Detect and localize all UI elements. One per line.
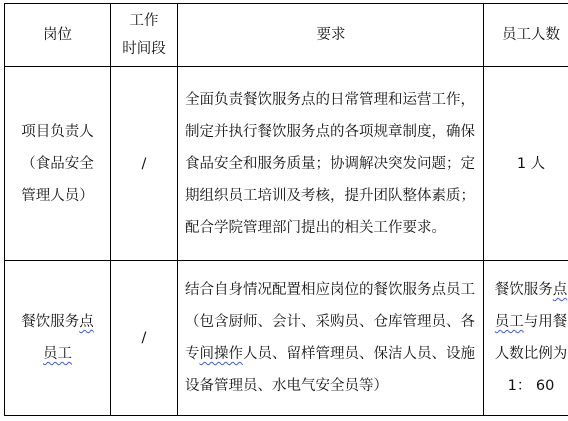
position-line: 项目负责人: [5, 116, 110, 148]
spellcheck-squiggle-text: 点: [79, 314, 94, 330]
table-row: 项目负责人 （食品安全 管理人员） / 全面负责餐饮服务点的日常管理和运营工作，…: [5, 67, 568, 261]
headcount-line: 人数比例为: [484, 338, 568, 370]
cell-requirements: 全面负责餐饮服务点的日常管理和运营工作，制定并执行餐饮服务点的各项规章制度，确保…: [178, 67, 484, 261]
headcount-text: 与用餐: [524, 314, 568, 330]
cell-position: 项目负责人 （食品安全 管理人员）: [5, 67, 111, 261]
spellcheck-squiggle-text: 间操作: [200, 346, 244, 362]
table-header-row: 岗位 工作 时间段 要求 员工人数: [5, 4, 568, 67]
cell-work-period: /: [111, 67, 178, 261]
position-text: 餐饮服务: [21, 314, 79, 330]
headcount-line: 员工与用餐: [484, 306, 568, 338]
spellcheck-squiggle-text: 员工: [43, 346, 72, 362]
headcount-text: 餐饮服务: [495, 282, 553, 298]
spellcheck-squiggle-text: 员工: [495, 314, 524, 330]
table-row: 餐饮服务点 员工 / 结合自身情况配置相应岗位的餐饮服务点员工（包含厨师、会计、…: [5, 261, 568, 416]
headcount-line: 餐饮服务点: [484, 274, 568, 306]
position-line: （食品安全: [5, 148, 110, 180]
position-line: 员工: [5, 338, 110, 370]
staffing-table: 岗位 工作 时间段 要求 员工人数 项目负责人 （食品安全 管理人员） / 全面…: [4, 3, 568, 416]
header-work-period: 工作 时间段: [111, 4, 178, 67]
headcount-line: 1： 60: [484, 370, 568, 402]
cell-requirements: 结合自身情况配置相应岗位的餐饮服务点员工（包含厨师、会计、采购员、仓库管理员、各…: [178, 261, 484, 416]
cell-headcount: 1 人: [484, 67, 568, 261]
header-position: 岗位: [5, 4, 111, 67]
cell-work-period: /: [111, 261, 178, 416]
header-work-period-line2: 时间段: [111, 35, 177, 63]
header-requirements: 要求: [178, 4, 484, 67]
position-line: 管理人员）: [5, 180, 110, 212]
position-line: 餐饮服务点: [5, 306, 110, 338]
cell-headcount: 餐饮服务点 员工与用餐 人数比例为 1： 60: [484, 261, 568, 416]
header-headcount: 员工人数: [484, 4, 568, 67]
spellcheck-squiggle-text: 点: [553, 282, 568, 298]
cell-position: 餐饮服务点 员工: [5, 261, 111, 416]
header-work-period-line1: 工作: [111, 7, 177, 35]
